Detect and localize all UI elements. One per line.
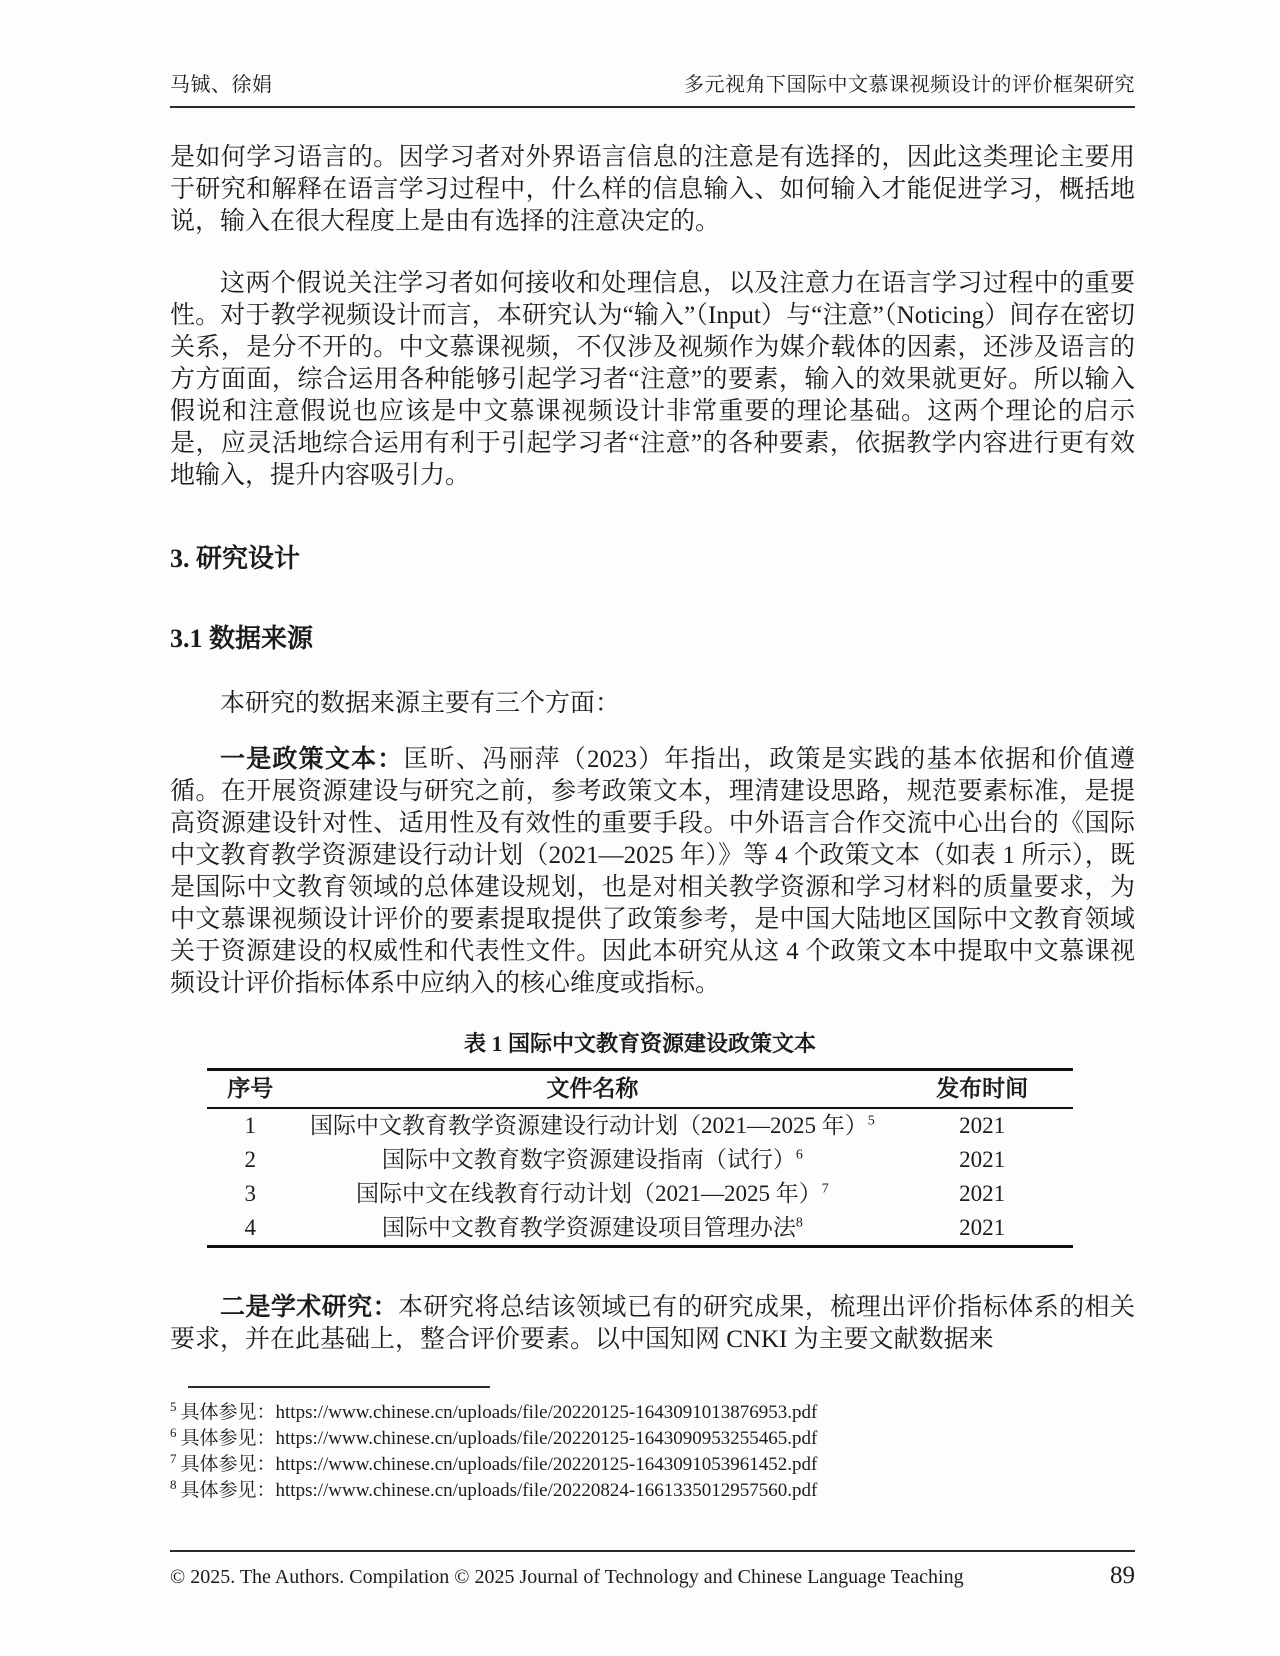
footnote-ref: 7 (822, 1181, 829, 1196)
footnote-marker: 7 (170, 1451, 177, 1466)
table-row: 3 国际中文在线教育行动计划（2021—2025 年）7 2021 (207, 1177, 1073, 1211)
section-heading-research-design: 3. 研究设计 (170, 542, 1135, 576)
paragraph-lead-academic: 二是学术研究： (220, 1294, 398, 1321)
policy-table-block: 表 1 国际中文教育资源建设政策文本 序号 文件名称 发布时间 1 国际中文教育… (207, 1030, 1073, 1248)
table-header-row: 序号 文件名称 发布时间 (207, 1070, 1073, 1109)
document-name-text: 国际中文教育教学资源建设项目管理办法 (382, 1215, 796, 1240)
running-head: 马铖、徐娟 多元视角下国际中文慕课视频设计的评价框架研究 (170, 0, 1135, 98)
footnote-label: 具体参见： (181, 1428, 276, 1449)
table-caption: 表 1 国际中文教育资源建设政策文本 (207, 1030, 1073, 1058)
footnote-item: 8具体参见：https://www.chinese.cn/uploads/fil… (170, 1478, 1135, 1504)
table-row: 1 国际中文教育教学资源建设行动计划（2021—2025 年）5 2021 (207, 1108, 1073, 1143)
subsection-heading-data-sources: 3.1 数据来源 (170, 622, 1135, 656)
page-content: 马铖、徐娟 多元视角下国际中文慕课视频设计的评价框架研究 是如何学习语言的。因学… (170, 0, 1135, 1504)
footnote-divider (188, 1386, 490, 1388)
footnote-url[interactable]: https://www.chinese.cn/uploads/file/2022… (276, 1480, 818, 1501)
cell-year: 2021 (891, 1143, 1073, 1177)
policy-table-body: 1 国际中文教育教学资源建设行动计划（2021—2025 年）5 2021 2 … (207, 1108, 1073, 1247)
cell-document-name: 国际中文教育教学资源建设项目管理办法8 (294, 1211, 892, 1247)
cell-document-name: 国际中文教育数字资源建设指南（试行）6 (294, 1143, 892, 1177)
footnote-ref: 8 (796, 1215, 803, 1230)
paragraph-hypotheses: 这两个假说关注学习者如何接收和处理信息，以及注意力在语言学习过程中的重要性。对于… (170, 268, 1135, 492)
paragraph-policy-texts: 一是政策文本：匡昕、冯丽萍（2023）年指出，政策是实践的基本依据和价值遵循。在… (170, 744, 1135, 1000)
footnotes-block: 5具体参见：https://www.chinese.cn/uploads/fil… (170, 1400, 1135, 1504)
footnote-url[interactable]: https://www.chinese.cn/uploads/file/2022… (276, 1402, 818, 1423)
footnote-url[interactable]: https://www.chinese.cn/uploads/file/2022… (276, 1454, 818, 1475)
footer-divider (170, 1550, 1135, 1552)
cell-document-name: 国际中文在线教育行动计划（2021—2025 年）7 (294, 1177, 892, 1211)
col-header-document-name: 文件名称 (294, 1070, 892, 1109)
policy-table-head: 序号 文件名称 发布时间 (207, 1070, 1073, 1109)
paragraph-lead-policy: 一是政策文本： (220, 746, 403, 773)
footer-row: © 2025. The Authors. Compilation © 2025 … (170, 1562, 1135, 1590)
header-divider (170, 106, 1135, 108)
footnote-label: 具体参见： (181, 1480, 276, 1501)
cell-number: 3 (207, 1177, 294, 1211)
cell-number: 4 (207, 1211, 294, 1247)
policy-table: 序号 文件名称 发布时间 1 国际中文教育教学资源建设行动计划（2021—202… (207, 1068, 1073, 1248)
cell-year: 2021 (891, 1177, 1073, 1211)
page-number: 89 (1110, 1562, 1135, 1590)
cell-year: 2021 (891, 1108, 1073, 1143)
footnote-item: 6具体参见：https://www.chinese.cn/uploads/fil… (170, 1426, 1135, 1452)
footnote-url[interactable]: https://www.chinese.cn/uploads/file/2022… (276, 1428, 818, 1449)
paragraph-academic-research: 二是学术研究：本研究将总结该领域已有的研究成果，梳理出评价指标体系的相关要求，并… (170, 1292, 1135, 1356)
cell-number: 2 (207, 1143, 294, 1177)
document-name-text: 国际中文教育数字资源建设指南（试行） (382, 1147, 796, 1172)
footnote-label: 具体参见： (181, 1454, 276, 1475)
document-name-text: 国际中文在线教育行动计划（2021—2025 年） (356, 1181, 822, 1206)
cell-number: 1 (207, 1108, 294, 1143)
col-header-number: 序号 (207, 1070, 294, 1109)
footnote-marker: 5 (170, 1399, 177, 1414)
page-footer: © 2025. The Authors. Compilation © 2025 … (170, 1550, 1135, 1590)
paragraph-data-sources-intro: 本研究的数据来源主要有三个方面： (170, 688, 1135, 720)
paragraph-body-policy: 匡昕、冯丽萍（2023）年指出，政策是实践的基本依据和价值遵循。在开展资源建设与… (170, 746, 1135, 997)
footnote-item: 7具体参见：https://www.chinese.cn/uploads/fil… (170, 1452, 1135, 1478)
running-head-author: 马铖、徐娟 (170, 72, 273, 98)
running-head-title: 多元视角下国际中文慕课视频设计的评价框架研究 (684, 72, 1135, 98)
cell-year: 2021 (891, 1211, 1073, 1247)
footnote-ref: 5 (868, 1113, 875, 1128)
paragraph-continuation: 是如何学习语言的。因学习者对外界语言信息的注意是有选择的，因此这类理论主要用于研… (170, 142, 1135, 238)
footnote-marker: 6 (170, 1425, 177, 1440)
document-name-text: 国际中文教育教学资源建设行动计划（2021—2025 年） (310, 1113, 868, 1138)
footnote-item: 5具体参见：https://www.chinese.cn/uploads/fil… (170, 1400, 1135, 1426)
body-text: 是如何学习语言的。因学习者对外界语言信息的注意是有选择的，因此这类理论主要用于研… (170, 142, 1135, 1504)
document-page: 马铖、徐娟 多元视角下国际中文慕课视频设计的评价框架研究 是如何学习语言的。因学… (0, 0, 1280, 1656)
col-header-release-date: 发布时间 (891, 1070, 1073, 1109)
footnote-label: 具体参见： (181, 1402, 276, 1423)
footnote-ref: 6 (796, 1147, 803, 1162)
footnote-marker: 8 (170, 1477, 177, 1492)
cell-document-name: 国际中文教育教学资源建设行动计划（2021—2025 年）5 (294, 1108, 892, 1143)
table-row: 4 国际中文教育教学资源建设项目管理办法8 2021 (207, 1211, 1073, 1247)
table-row: 2 国际中文教育数字资源建设指南（试行）6 2021 (207, 1143, 1073, 1177)
copyright-text: © 2025. The Authors. Compilation © 2025 … (170, 1566, 964, 1589)
